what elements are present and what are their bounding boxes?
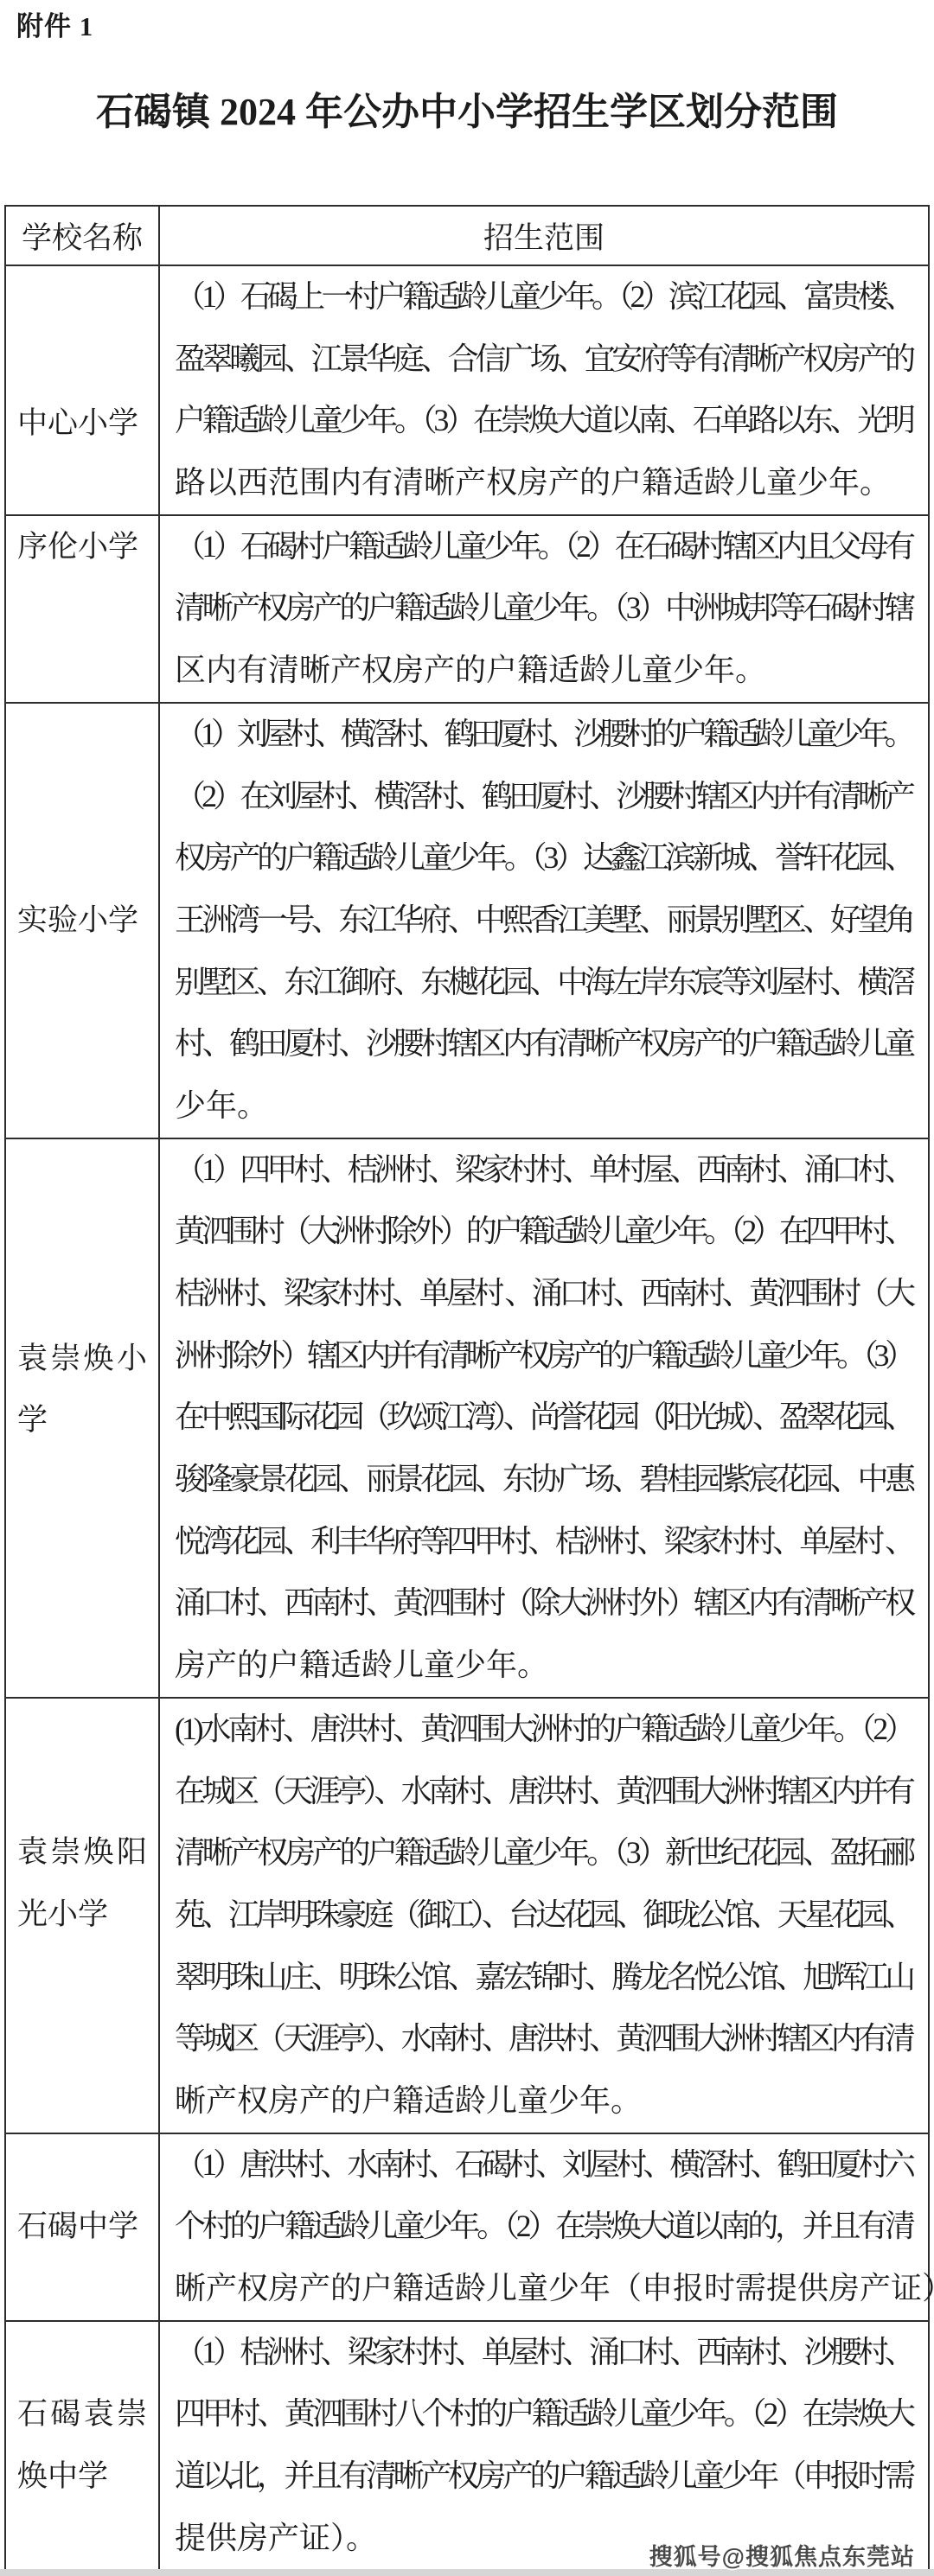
text-line: 袁崇焕小 xyxy=(17,1328,147,1390)
school-name-cell: 序伦小学 xyxy=(5,515,159,703)
text-line: 在城区（天涯亭）、水南村、唐洪村、黄泗围大洲村辖区内并有 xyxy=(175,1761,916,1823)
text-line: 桔洲村、梁家村村、单屋村 、涌口村、西南村、黄泗围村（大 xyxy=(175,1263,916,1325)
text-line: 权房产的户籍适龄儿童少年。（3）达鑫江滨新城、誉轩花园、 xyxy=(175,827,916,889)
text-line: （1）唐洪村、水南村、石碣村、刘屋村、横滘村、鹤田厦村六 xyxy=(175,2134,916,2197)
school-zone-table: 学校名称 招生范围 中心小学（1）石碣上一村户籍适龄儿童少年。（2）滨江花园、富… xyxy=(4,205,930,2571)
table-body: 中心小学（1）石碣上一村户籍适龄儿童少年。（2）滨江花园、富贵楼、盈翠曦园、江景… xyxy=(5,265,929,2570)
text-line: 个村的户籍适龄儿童少年。（2）在崇焕大道以南的，并且有清 xyxy=(175,2196,916,2258)
enrollment-range-cell: （1）石碣村户籍适龄儿童少年。（2）在石碣村辖区内且父母有清晰产权房产的户籍适龄… xyxy=(159,515,929,703)
enrollment-range-cell: （1）石碣上一村户籍适龄儿童少年。（2）滨江花园、富贵楼、盈翠曦园、江景华庭、合… xyxy=(159,265,929,515)
text-line: （2）在刘屋村、横滘村、鹤田厦村、沙腰村辖区内并有清晰产 xyxy=(175,766,916,828)
text-line: 清晰产权房产的户籍适龄儿童少年。（3）新世纪花园、盈拓郦 xyxy=(175,1822,916,1884)
table-row: 石碣袁崇焕中学（1）桔洲村、梁家村村、单屋村、涌口村、西南村、沙腰村、四甲村、黄… xyxy=(5,2321,929,2571)
school-name-cell: 石碣袁崇焕中学 xyxy=(5,2321,159,2571)
enrollment-range-cell: （1）唐洪村、水南村、石碣村、刘屋村、横滘村、鹤田厦村六个村的户籍适龄儿童少年。… xyxy=(159,2133,929,2321)
text-line: 房产的户籍适龄儿童少年。 xyxy=(175,1635,916,1697)
school-name-cell: 袁崇焕小学 xyxy=(5,1138,159,1698)
enrollment-range-cell: （1）桔洲村、梁家村村、单屋村、涌口村、西南村、沙腰村、四甲村、黄泗围村八个村的… xyxy=(159,2321,929,2571)
table-row: 实验小学（1）刘屋村、横滘村、鹤田厦村、沙腰村的户籍适龄儿童少年。（2）在刘屋村… xyxy=(5,703,929,1138)
school-name: 实验小学 xyxy=(17,889,147,952)
text-line: 等城区（天涯亭）、水南村、唐洪村、黄泗围大洲村辖区内有清 xyxy=(175,2008,916,2070)
text-line: 中心小学 xyxy=(17,392,147,455)
text-line: 户籍适龄儿童少年。（3）在崇焕大道以南、石单路以东、光明 xyxy=(175,390,916,452)
text-line: 晰产权房产的户籍适龄儿童少年（申报时需提供房产证） xyxy=(175,2258,916,2320)
table-row: 中心小学（1）石碣上一村户籍适龄儿童少年。（2）滨江花园、富贵楼、盈翠曦园、江景… xyxy=(5,265,929,515)
text-line: 光小学 xyxy=(17,1884,147,1946)
page-title: 石碣镇 2024 年公办中小学招生学区划分范围 xyxy=(0,80,934,136)
school-name: 石碣袁崇焕中学 xyxy=(17,2383,147,2507)
text-line: 道以北，并且有清晰产权房产的户籍适龄儿童少年（申报时需 xyxy=(175,2445,916,2508)
text-line: 别墅区、东江御府、东樾花园、中海左岸东宸等刘屋村、横滘 xyxy=(175,952,916,1014)
table-row: 石碣中学（1）唐洪村、水南村、石碣村、刘屋村、横滘村、鹤田厦村六个村的户籍适龄儿… xyxy=(5,2133,929,2321)
text-line: 石碣袁崇 xyxy=(17,2383,147,2445)
text-line: 少年。 xyxy=(175,1075,916,1138)
text-line: （1）石碣村户籍适龄儿童少年。（2）在石碣村辖区内且父母有 xyxy=(175,516,916,578)
text-line: 苑、江岸明珠豪庭（御江）、台达花园、御珑公馆、天星花园、 xyxy=(175,1884,916,1947)
table-header-row: 学校名称 招生范围 xyxy=(5,206,929,265)
enrollment-range-cell: （1）刘屋村、横滘村、鹤田厦村、沙腰村的户籍适龄儿童少年。（2）在刘屋村、横滘村… xyxy=(159,703,929,1138)
text-line: 翠明珠山庄、明珠公馆、嘉宏锦时、腾龙名悦公馆、旭辉江山 xyxy=(175,1947,916,2009)
header-school-name: 学校名称 xyxy=(5,206,159,265)
text-line: 王洲湾一号、东江华府、中熙香江美墅、丽景别墅区、好望角 xyxy=(175,889,916,952)
enrollment-range-cell: (1)水南村、唐洪村、黄泗围大洲村的户籍适龄儿童少年。（2）在城区（天涯亭）、水… xyxy=(159,1698,929,2133)
school-name: 袁崇焕小学 xyxy=(17,1328,147,1451)
text-line: 骏隆豪景花园、丽景花园、东协广场、碧桂园紫宸花园、中惠 xyxy=(175,1449,916,1511)
text-line: 黄泗围村（大洲村除外）的户籍适龄儿童少年。（2）在四甲村、 xyxy=(175,1201,916,1263)
school-name-cell: 石碣中学 xyxy=(5,2133,159,2321)
text-line: 村、鹤田厦村、沙腰村辖区内有清晰产权房产的户籍适龄儿童 xyxy=(175,1013,916,1075)
text-line: 焕中学 xyxy=(17,2445,147,2508)
text-line: 盈翠曦园、江景华庭、合信广场、宜安府等有清晰产权房产的 xyxy=(175,328,916,391)
enrollment-range-cell: （1）四甲村、桔洲村、梁家村村、单村屋、西南村、涌口村、黄泗围村（大洲村除外）的… xyxy=(159,1138,929,1698)
school-name: 中心小学 xyxy=(17,392,147,455)
text-line: （1）石碣上一村户籍适龄儿童少年。（2）滨江花园、富贵楼、 xyxy=(175,266,916,328)
text-line: 在中熙国际花园（玖颂江湾）、尚誉花园（阳光城）、盈翠花园、 xyxy=(175,1387,916,1449)
text-line: 洲村除外）辖区内并有清晰产权房产的户籍适龄儿童少年。（3） xyxy=(175,1325,916,1387)
text-line: 涌口村、西南村、黄泗围村（除大洲村外）辖区内有清晰产权 xyxy=(175,1572,916,1635)
text-line: 序伦小学 xyxy=(17,516,147,578)
text-line: 石碣中学 xyxy=(17,2196,147,2258)
text-line: 路以西范围内有清晰产权房产的户籍适龄儿童少年。 xyxy=(175,452,916,514)
school-name: 石碣中学 xyxy=(17,2196,147,2258)
text-line: （1）桔洲村、梁家村村、单屋村、涌口村、西南村、沙腰村、 xyxy=(175,2322,916,2384)
table-row: 袁崇焕阳光小学(1)水南村、唐洪村、黄泗围大洲村的户籍适龄儿童少年。（2）在城区… xyxy=(5,1698,929,2133)
table-row: 序伦小学（1）石碣村户籍适龄儿童少年。（2）在石碣村辖区内且父母有清晰产权房产的… xyxy=(5,515,929,703)
school-name: 序伦小学 xyxy=(17,516,147,578)
text-line: （1）四甲村、桔洲村、梁家村村、单村屋、西南村、涌口村、 xyxy=(175,1139,916,1202)
text-line: 区内有清晰产权房产的户籍适龄儿童少年。 xyxy=(175,640,916,702)
school-name-cell: 中心小学 xyxy=(5,265,159,515)
school-name-cell: 袁崇焕阳光小学 xyxy=(5,1698,159,2133)
text-line: 清晰产权房产的户籍适龄儿童少年。（3）中洲城邦等石碣村辖 xyxy=(175,577,916,640)
school-name-cell: 实验小学 xyxy=(5,703,159,1138)
text-line: 四甲村、黄泗围村八个村的户籍适龄儿童少年。（2）在崇焕大 xyxy=(175,2383,916,2445)
text-line: (1)水南村、唐洪村、黄泗围大洲村的户籍适龄儿童少年。（2） xyxy=(175,1699,916,1761)
document-page: 附件 1 石碣镇 2024 年公办中小学招生学区划分范围 学校名称 招生范围 中… xyxy=(0,0,934,2576)
school-name: 袁崇焕阳光小学 xyxy=(17,1821,147,1945)
text-line: 学 xyxy=(17,1389,147,1451)
watermark: 搜狐号@搜狐焦点东莞站 xyxy=(649,2538,915,2572)
text-line: 袁崇焕阳 xyxy=(17,1821,147,1884)
header-enrollment-range: 招生范围 xyxy=(159,206,929,265)
table-row: 袁崇焕小学（1）四甲村、桔洲村、梁家村村、单村屋、西南村、涌口村、黄泗围村（大洲… xyxy=(5,1138,929,1698)
attachment-label: 附件 1 xyxy=(16,4,93,43)
text-line: （1）刘屋村、横滘村、鹤田厦村、沙腰村的户籍适龄儿童少年。 xyxy=(175,704,916,766)
text-line: 悦湾花园、利丰华府等四甲村、桔洲村、梁家村村、单屋村 、 xyxy=(175,1511,916,1573)
text-line: 晰产权房产的户籍适龄儿童少年。 xyxy=(175,2070,916,2133)
text-line: 实验小学 xyxy=(17,889,147,952)
